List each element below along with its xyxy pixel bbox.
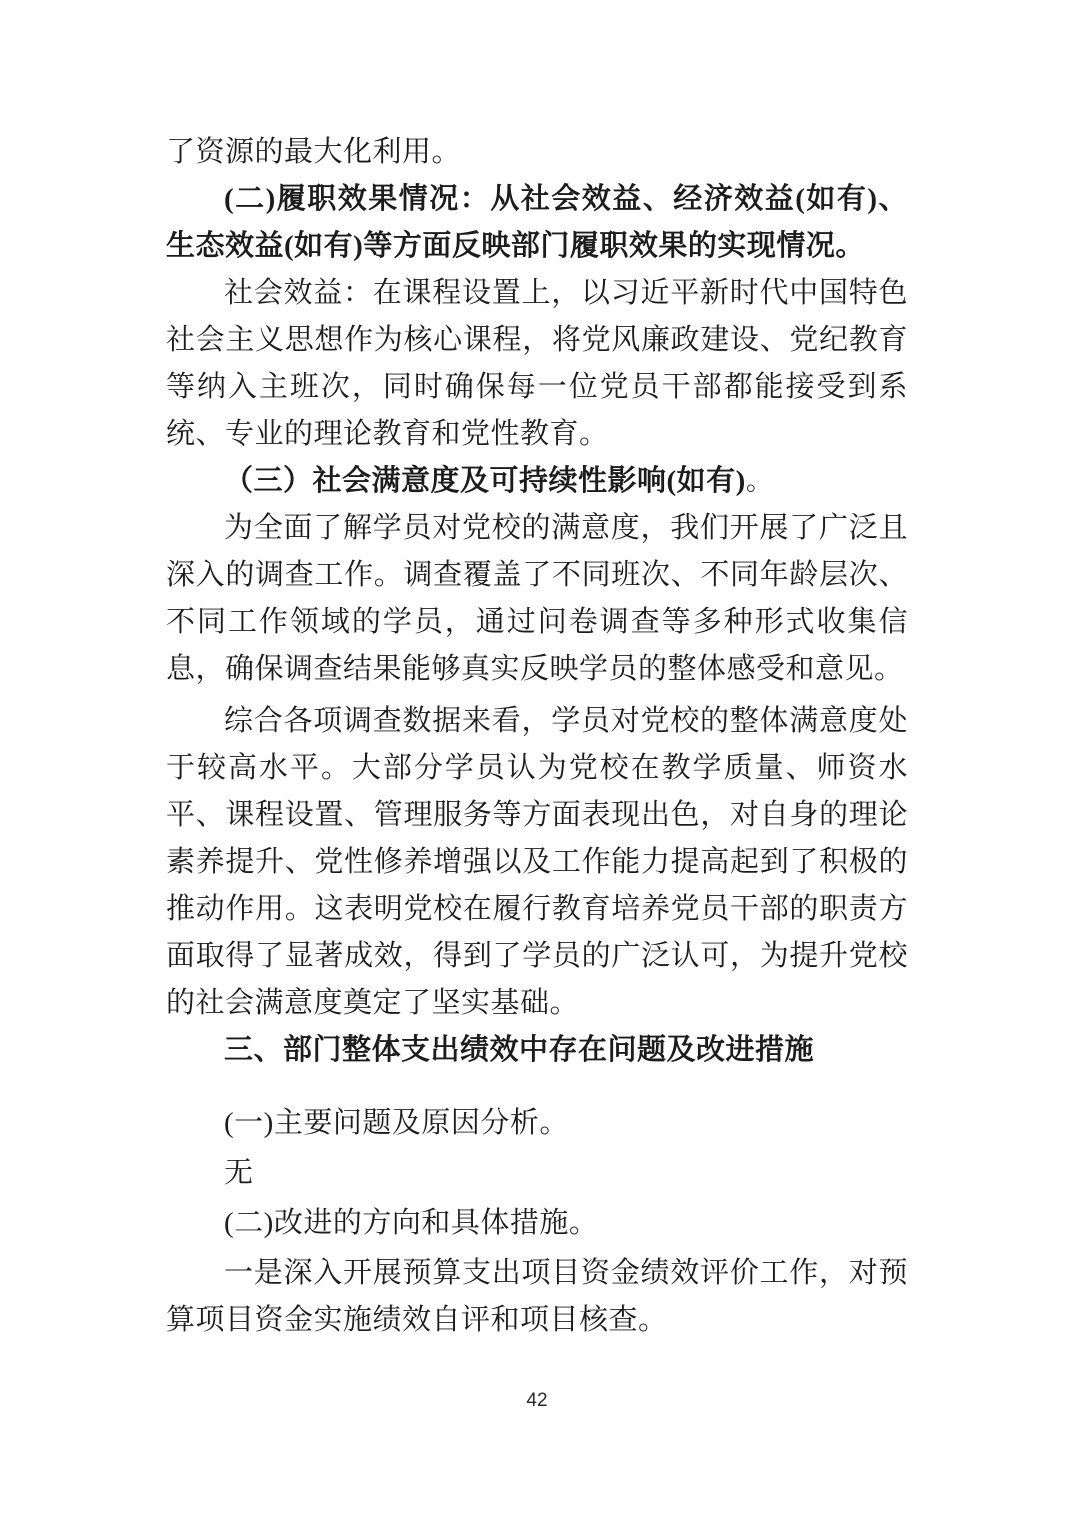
subsection-heading-3-text: （三）社会满意度及可持续性影响(如有): [224, 465, 746, 497]
subsection-heading-3-period: 。: [746, 466, 774, 496]
item-2-body: 一是深入开展预算支出项目资金绩效评价工作，对预算项目资金实施绩效自评和项目核查。: [166, 1250, 908, 1344]
document-body: 了资源的最大化利用。 (二)履职效果情况：从社会效益、经济效益(如有)、生态效益…: [166, 129, 908, 1344]
document-page: 了资源的最大化利用。 (二)履职效果情况：从社会效益、经济效益(如有)、生态效益…: [0, 0, 1074, 1520]
paragraph-summary: 综合各项调查数据来看，学员对党校的整体满意度处于较高水平。大部分学员认为党校在教…: [166, 698, 908, 1027]
subsection-heading-3: （三）社会满意度及可持续性影响(如有)。: [166, 458, 908, 505]
item-1-heading: (一)主要问题及原因分析。: [166, 1100, 908, 1147]
paragraph-survey: 为全面了解学员对党校的满意度，我们开展了广泛且深入的调查工作。调查覆盖了不同班次…: [166, 505, 908, 693]
item-1-body: 无: [166, 1150, 908, 1197]
page-number: 42: [526, 1390, 547, 1411]
item-2-heading: (二)改进的方向和具体措施。: [166, 1200, 908, 1247]
page-footer: 42: [0, 1390, 1074, 1412]
paragraph-carryover: 了资源的最大化利用。: [166, 129, 908, 176]
paragraph-social-benefit: 社会效益：在课程设置上，以习近平新时代中国特色社会主义思想作为核心课程，将党风廉…: [166, 270, 908, 458]
subsection-heading-2: (二)履职效果情况：从社会效益、经济效益(如有)、生态效益(如有)等方面反映部门…: [166, 176, 908, 270]
section-3-heading: 三、部门整体支出绩效中存在问题及改进措施: [166, 1027, 908, 1074]
